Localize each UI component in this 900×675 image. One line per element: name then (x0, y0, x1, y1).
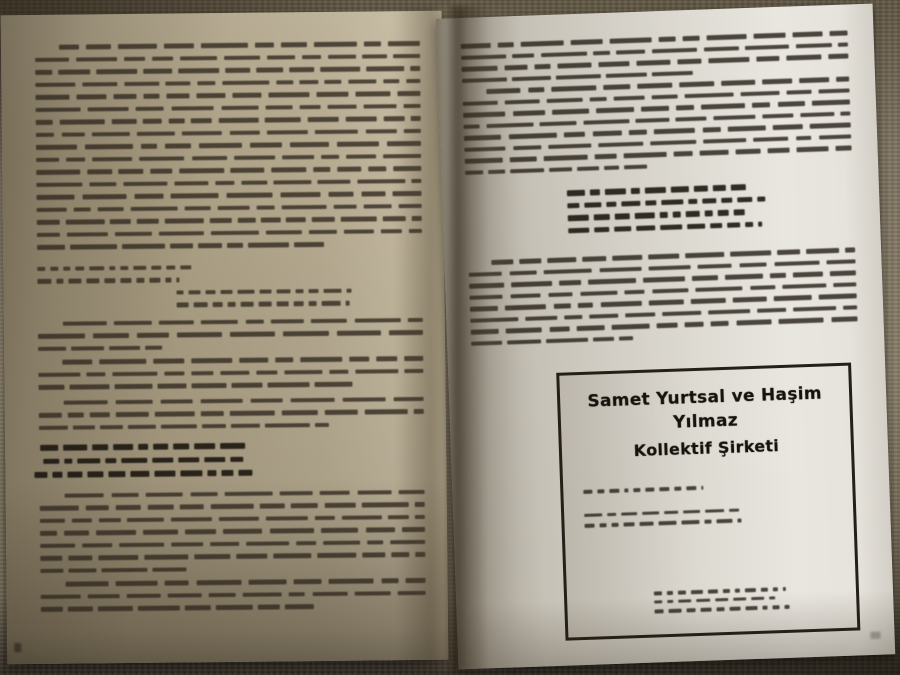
body-paragraph (468, 247, 858, 345)
advertisement-box: Samet Yurtsal ve Haşim Yılmaz Kollektif … (556, 363, 860, 641)
body-paragraph (41, 578, 426, 612)
page-number-mark (14, 643, 21, 652)
body-paragraph (38, 317, 423, 351)
ad-contact-lines (654, 588, 769, 619)
ad-spacer (585, 526, 836, 594)
ad-detail-line (583, 487, 678, 501)
salutation-block (37, 265, 164, 283)
ad-company-name: Samet Yurtsal ve Haşim Yılmaz Kollektif … (580, 381, 831, 464)
body-paragraph (40, 489, 426, 573)
right-page-text: Samet Yurtsal ve Haşim Yılmaz Kollektif … (461, 30, 869, 643)
left-page-text (35, 41, 426, 620)
centered-heading-block (39, 443, 247, 478)
body-paragraph (38, 356, 423, 390)
body-paragraph (39, 396, 424, 430)
body-paragraph (462, 76, 852, 174)
left-page (1, 11, 449, 665)
signature-block (566, 184, 749, 233)
body-paragraph (35, 41, 422, 250)
ad-title-line1: Samet Yurtsal ve Haşim Yılmaz (580, 381, 831, 438)
booklet-spread-photo: Samet Yurtsal ve Haşim Yılmaz Kollektif … (0, 0, 900, 675)
body-paragraph (461, 30, 849, 82)
ad-title-line2: Kollektif Şirketi (582, 433, 832, 464)
right-page: Samet Yurtsal ve Haşim Yılmaz Kollektif … (436, 4, 895, 670)
addressee-block (176, 288, 346, 307)
page-number-mark (870, 632, 880, 639)
